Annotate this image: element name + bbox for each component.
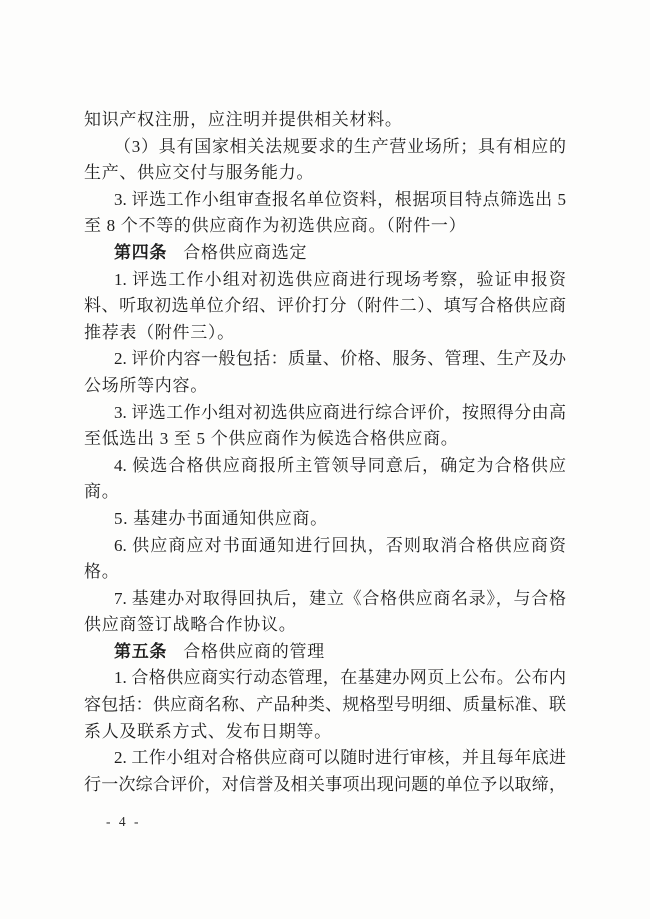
text-line: 知识产权注册，应注明并提供相关材料。 <box>84 107 566 134</box>
text-line: 至低选出 3 至 5 个供应商作为候选合格供应商。 <box>84 426 566 453</box>
text-line: 格。 <box>84 559 566 586</box>
heading-line: 第四条合格供应商选定 <box>84 240 566 267</box>
text-line: 4. 候选合格供应商报所主管领导同意后，确定为合格供应 <box>84 453 566 480</box>
text-line: 推荐表（附件三）。 <box>84 320 566 347</box>
text-line: 至 8 个不等的供应商作为初选供应商。（附件一） <box>84 213 566 240</box>
text-line: 公场所等内容。 <box>84 373 566 400</box>
text-line: 1. 评选工作小组对初选供应商进行现场考察，验证申报资 <box>84 267 566 294</box>
text-line: 行一次综合评价，对信誉及相关事项出现问题的单位予以取缔， <box>84 772 566 799</box>
text-line: 6. 供应商应对书面通知进行回执，否则取消合格供应商资 <box>84 533 566 560</box>
text-line: 3. 评选工作小组对初选供应商进行综合评价，按照得分由高 <box>84 400 566 427</box>
heading-number: 第四条 <box>114 243 167 262</box>
text-line: 5. 基建办书面通知供应商。 <box>84 506 566 533</box>
text-line: （3）具有国家相关法规要求的生产营业场所；具有相应的 <box>84 134 566 161</box>
document-body: 知识产权注册，应注明并提供相关材料。（3）具有国家相关法规要求的生产营业场所；具… <box>84 107 566 798</box>
text-line: 2. 工作小组对合格供应商可以随时进行审核，并且每年底进 <box>84 745 566 772</box>
text-line: 3. 评选工作小组审查报名单位资料，根据项目特点筛选出 5 <box>84 187 566 214</box>
text-line: 料、听取初选单位介绍、评价打分（附件二）、填写合格供应商 <box>84 293 566 320</box>
document-page: 知识产权注册，应注明并提供相关材料。（3）具有国家相关法规要求的生产营业场所；具… <box>0 0 650 919</box>
heading-title: 合格供应商选定 <box>183 243 307 262</box>
text-line: 7. 基建办对取得回执后，建立《合格供应商名录》，与合格 <box>84 586 566 613</box>
heading-title: 合格供应商的管理 <box>183 642 325 661</box>
text-line: 生产、供应交付与服务能力。 <box>84 160 566 187</box>
page-number: - 4 - <box>106 814 141 830</box>
heading-number: 第五条 <box>114 642 167 661</box>
text-line: 商。 <box>84 479 566 506</box>
text-line: 系人及联系方式、发布日期等。 <box>84 719 566 746</box>
heading-line: 第五条合格供应商的管理 <box>84 639 566 666</box>
text-line: 2. 评价内容一般包括：质量、价格、服务、管理、生产及办 <box>84 346 566 373</box>
text-line: 容包括：供应商名称、产品种类、规格型号明细、质量标准、联 <box>84 692 566 719</box>
text-line: 1. 合格供应商实行动态管理，在基建办网页上公布。公布内 <box>84 665 566 692</box>
text-line: 供应商签订战略合作协议。 <box>84 612 566 639</box>
